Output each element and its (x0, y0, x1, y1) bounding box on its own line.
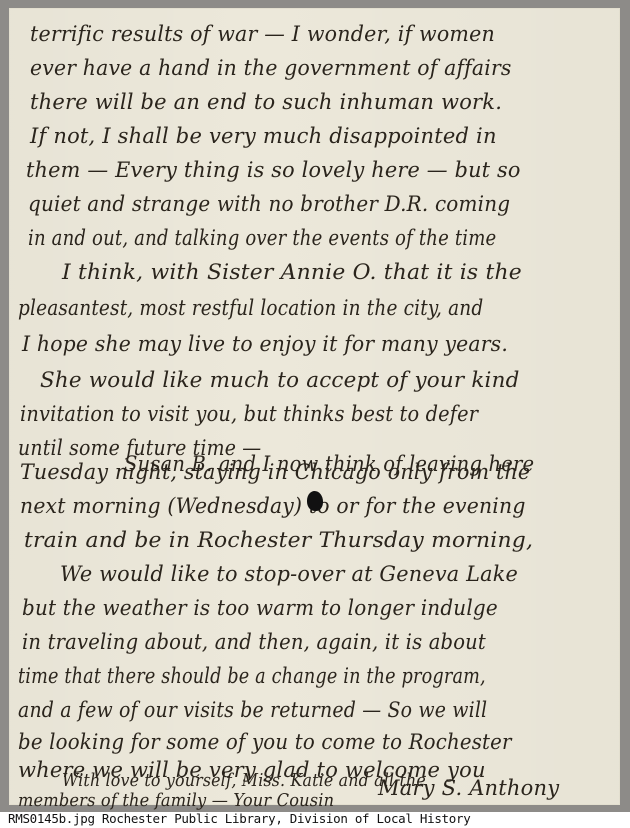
letter-line: ever have a hand in the government of af… (30, 56, 512, 80)
letter-line: invitation to visit you, but thinks best… (20, 402, 478, 426)
letter-line: next morning (Wednesday) to or for the e… (20, 494, 526, 518)
letter-line: them — Every thing is so lovely here — b… (26, 158, 521, 182)
letter-line: She would like much to accept of your ki… (40, 368, 519, 392)
letter-line: but the weather is too warm to longer in… (22, 596, 498, 620)
letter-line: in and out, and talking over the events … (28, 226, 496, 250)
letter-line: in traveling about, and then, again, it … (22, 630, 486, 654)
letter-line: and a few of our visits be returned — So… (18, 698, 487, 722)
letter-line: terrific results of war — I wonder, if w… (30, 22, 495, 46)
letter-line: I think, with Sister Annie O. that it is… (62, 260, 522, 284)
letter-line: train and be in Rochester Thursday morni… (24, 528, 533, 552)
letter-line: members of the family — Your Cousin (18, 790, 334, 811)
letter-line: With love to yourself, Miss. Katie and a… (62, 770, 426, 791)
letter-line: If not, I shall be very much disappointe… (30, 124, 497, 148)
signature: Mary S. Anthony (378, 776, 559, 800)
letter-line: pleasantest, most restful location in th… (18, 296, 483, 320)
letter-line: quiet and strange with no brother D.R. c… (28, 192, 510, 216)
letter-line: Tuesday night, staying in Chicago only f… (20, 460, 530, 484)
letter-line: I hope she may live to enjoy it for many… (22, 332, 508, 356)
ink-blot (307, 491, 323, 511)
image-caption: RMS0145b.jpg Rochester Public Library, D… (8, 811, 470, 826)
letter-line: We would like to stop-over at Geneva Lak… (60, 562, 518, 586)
letter-line: time that there should be a change in th… (18, 664, 486, 688)
letter-line: there will be an end to such inhuman wor… (30, 90, 502, 114)
letter-line: be looking for some of you to come to Ro… (18, 730, 512, 754)
